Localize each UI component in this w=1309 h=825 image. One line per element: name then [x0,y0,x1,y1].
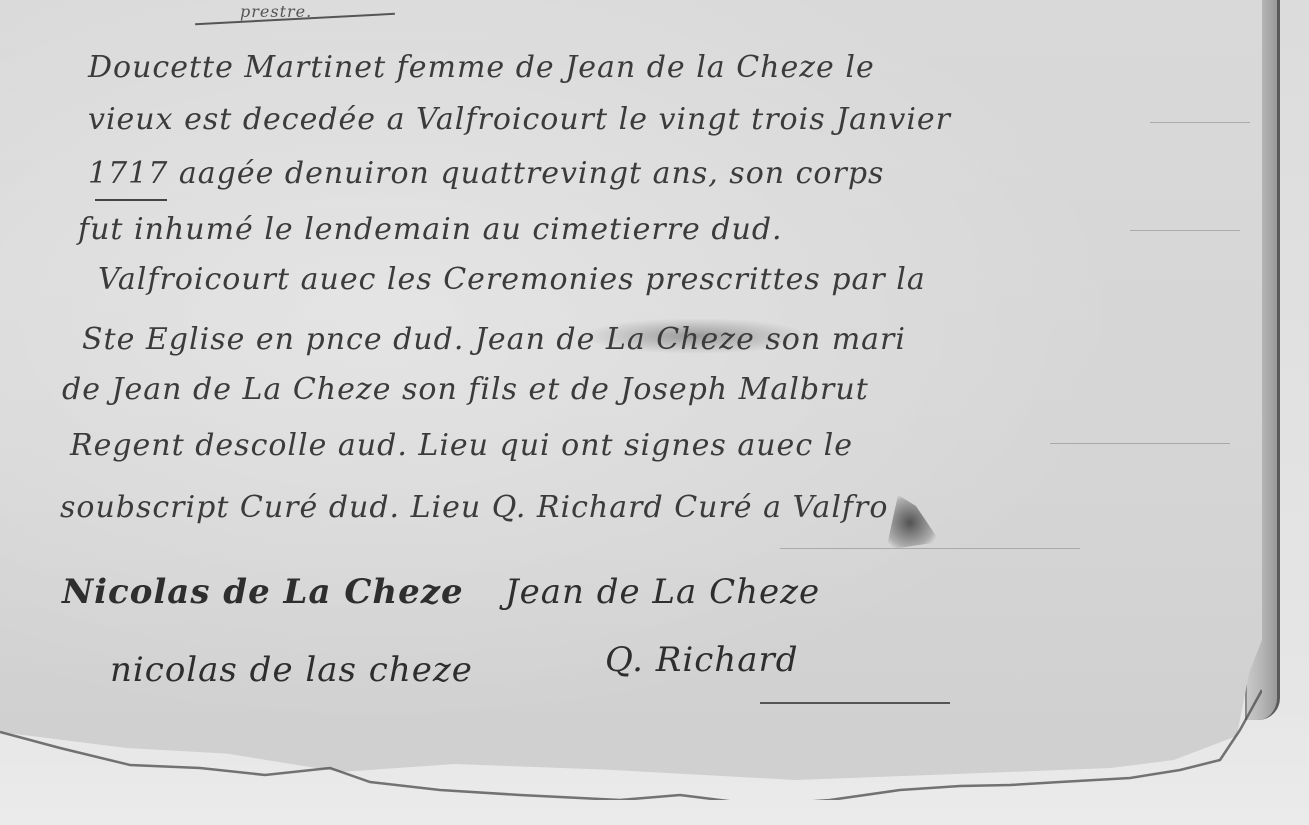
signature-1: Nicolas de La Cheze [62,572,464,612]
text-line-8: Regent descolle aud. Lieu qui ont signes… [70,428,853,463]
text-line-3: 1717 aagée denuiron quattrevingt ans, so… [88,156,884,191]
faint-rule [1130,230,1240,231]
faint-rule [1050,443,1230,444]
text-line-7: de Jean de La Cheze son fils et de Josep… [62,372,869,407]
text-line-9: soubscript Curé dud. Lieu Q. Richard Cur… [60,490,888,525]
signature-4: Q. Richard [605,640,799,680]
text-line-5: Valfroicourt auec les Ceremonies prescri… [98,262,926,297]
faint-rule [780,548,1080,549]
text-line-1: Doucette Martinet femme de Jean de la Ch… [88,50,875,85]
signature-3: nicolas de las cheze [110,650,473,690]
text-line-2: vieux est decedée a Valfroicourt le ving… [88,102,951,137]
signature-underline [760,702,950,704]
text-line-4: fut inhumé le lendemain au cimetierre du… [78,212,783,247]
year-underline [95,199,167,201]
faint-rule [1150,122,1250,123]
text-line-6: Ste Eglise en pnce dud. Jean de La Cheze… [82,322,906,357]
signature-2: Jean de La Cheze [505,572,820,612]
entry-heading: prestre. [240,2,312,21]
